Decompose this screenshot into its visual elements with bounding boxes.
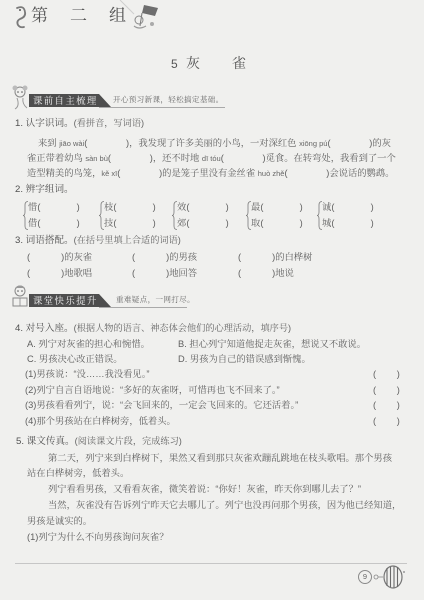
heading-text: 2. 辨字组词。 [15,184,74,195]
ribbon-end-icon [99,294,111,307]
pinyin: kě xī [101,169,117,178]
answer-blank: ( ) [373,385,400,395]
question-heading: 3. 词语搭配。(在括号里填上合适的词语) [15,234,181,246]
char-pair-group: 惜( ) 借( ) [23,201,93,231]
question-heading: 2. 辨字组词。 [15,184,74,196]
banner-tagline: 开心预习新课，轻松搞定基础。 [113,95,224,105]
banner-underline [99,307,187,308]
answer-blank: ( ) [27,252,64,262]
pair-row: 效( ) [177,201,229,213]
option-key: D. [178,354,190,364]
pair-row: 诚( ) [322,201,374,213]
heading-text: 3. 词语搭配。 [15,235,74,246]
answer-blank: ( ) [186,218,228,228]
answer-blank: ( ) [186,202,228,212]
worksheet-page: 第 二 组 5 灰 雀 课前自主梳理 开心预习新课，轻松搞定基础。 1. 认字识… [0,0,424,600]
footer-divider [15,563,407,564]
option-key: B. [178,339,189,349]
banner-tagline: 重难疑点，一网打尽。 [116,295,195,305]
answer-blank: ( ) [113,218,155,228]
pinyin: sàn bù [85,154,108,163]
pinyin: dī tóu [202,154,221,163]
option-text: 列宁对灰雀的担心和惋惜。 [38,339,150,349]
answer-blank: ( ) [238,268,275,278]
quote-item: (4)那个男孩站在白桦树旁，低着头。 [25,415,176,427]
char-pair-group: 效( ) 郊( ) [172,201,242,231]
quote-text: (2)列宁自言自语地说：“多好的灰雀呀，可惜再也飞不回来了。” [25,385,280,395]
answer-blank: ( ) [331,202,373,212]
lesson-number: 5 [171,55,178,73]
line-text: 雀正带着幼鸟 [27,153,85,163]
option-item: D. 男孩为自己的错误感到惭愧。 [178,353,311,365]
passage-line: 列宁看看男孩，又看看灰雀，微笑着说：“你好！灰雀，昨天你到哪儿去了？” [48,483,361,495]
pair-row: 城( ) [322,217,374,229]
char-pair-group: 枝( ) 技( ) [99,201,169,231]
phrase-item: ( )的灰雀 [27,251,92,263]
answer-blank: ( ) [132,268,169,278]
answer-blank: ( ) [373,416,400,426]
pinyin: xiōng pú [299,139,327,148]
option-text: 男孩为自己的错误感到惭愧。 [190,354,311,364]
quote-text: (4)那个男孩站在白桦树旁，低着头。 [25,416,176,426]
phrase-item: ( )地歌唱 [27,267,92,279]
pair-row: 惜( ) [28,201,80,213]
passage-line: 男孩是诚实的。 [27,515,92,527]
option-item: B. 担心列宁知道他捉走灰雀，想说又不敢说。 [178,338,366,350]
pair-char: 效 [177,202,186,212]
group-title-char: 第 [31,6,48,26]
phrase-text: 的灰雀 [64,252,92,262]
pair-char: 惜 [28,202,37,212]
quote-item: (1)男孩说：“没……我没看见。” [25,368,149,380]
phrase-item: ( )地说 [238,267,294,279]
option-text: 男孩决心改正错误。 [39,354,123,364]
option-item: A. 列宁对灰雀的担心和惋惜。 [27,338,150,350]
pair-char: 郊 [177,218,186,228]
sub-question: (1)列宁为什么不向男孩询问灰雀？ [27,531,169,543]
phrase-item: ( )的男孩 [132,251,197,263]
pair-row: 技( ) [104,217,156,229]
answer-blank: ( ) [113,202,155,212]
flower-cartoon-icon [9,84,31,110]
phrase-text: 地歌唱 [64,268,92,278]
instruction-text: (阅读课文片段，完成练习) [75,436,182,446]
lesson-title-char: 雀 [232,54,246,72]
char-pair-group: 诚( ) 城( ) [317,201,387,231]
phrase-text: 地回答 [169,268,197,278]
instruction-text: (在括号里填上合适的词语) [74,235,181,245]
pair-row: 枝( ) [104,201,156,213]
quote-text: (1)男孩说：“没……我没看见。” [25,369,149,379]
phrase-text: 的白桦树 [275,252,312,262]
q1-line: 来到 jiāo wài( )，我发现了许多美丽的小鸟，一对深红色 xiōng p… [38,137,391,149]
line-text: ( )的灰 [327,138,391,148]
line-text: 来到 [38,138,59,148]
q1-line: 雀正带着幼鸟 sàn bù( )，还不时地 dī tóu( )觅食。在转弯处，我… [27,152,396,164]
quote-item: (2)列宁自言自语地说：“多好的灰雀呀，可惜再也飞不回来了。” [25,384,280,396]
line-text: ( )，我发现了许多美丽的小鸟，一对深红色 [84,138,299,148]
pair-char: 枝 [104,202,113,212]
pair-char: 取 [251,218,260,228]
answer-blank: ( ) [331,218,373,228]
pair-row: 最( ) [251,201,303,213]
answer-blank: ( ) [373,400,400,410]
instruction-text: (看拼音，写词语) [74,118,144,128]
pair-char: 诚 [322,202,331,212]
pair-char: 城 [322,218,331,228]
answer-blank: ( ) [238,252,275,262]
pair-char: 借 [28,218,37,228]
char-pair-group: 最( ) 取( ) [246,201,316,231]
pair-row: 借( ) [28,217,80,229]
answer-slot: ( ) [373,384,400,396]
seahorse-icon [11,4,29,30]
phrase-item: ( )地回答 [132,267,197,279]
option-item: C. 男孩决心改正错误。 [27,353,123,365]
line-text: ( )会说话的鹦鹉。 [284,168,394,178]
passage-line: 站在白桦树旁，低着头。 [27,467,129,479]
line-text: ( )的是笼子里没有金丝雀 [117,168,258,178]
pair-char: 技 [104,218,113,228]
lesson-title-char: 灰 [186,54,200,72]
passage-text: 第二天，列宁来到白桦树下，果然又看到那只灰雀欢蹦乱跳地在枝头歌唱。那个男孩 [48,453,392,463]
answer-blank: ( ) [132,252,169,262]
phrase-text: 的男孩 [169,252,197,262]
option-text: 担心列宁知道他捉走灰雀，想说又不敢说。 [189,339,366,349]
pair-row: 郊( ) [177,217,229,229]
question-heading: 4. 对号入座。(根据人物的语言、神态体会他们的心理活动，填序号) [15,322,291,334]
sub-question-text: (1)列宁为什么不向男孩询问灰雀？ [27,532,169,542]
line-text: ( )，还不时地 [108,153,202,163]
answer-blank: ( ) [37,202,79,212]
shell-decoration-icon [372,564,408,592]
page-number: 9 [358,570,372,584]
option-key: A. [27,339,38,349]
passage-text: 站在白桦树旁，低着头。 [27,468,129,478]
heading-text: 5. 课文传真。 [16,436,75,447]
answer-blank: ( ) [260,218,302,228]
pinyin: jiāo wài [59,139,84,148]
answer-blank: ( ) [373,369,400,379]
pair-row: 取( ) [251,217,303,229]
answer-slot: ( ) [373,399,400,411]
quote-text: (3)男孩看看列宁，说：“会飞回来的，一定会飞回来的。它还活着。” [25,400,298,410]
reading-kid-cartoon-icon [9,284,31,310]
instruction-text: (根据人物的语言、神态体会他们的心理活动，填序号) [74,323,291,333]
answer-blank: ( ) [260,202,302,212]
pair-char: 最 [251,202,260,212]
quote-item: (3)男孩看看列宁，说：“会飞回来的，一定会飞回来的。它还活着。” [25,399,298,411]
group-title-char: 二 [70,6,87,26]
question-heading: 1. 认字识词。(看拼音，写词语) [15,117,144,129]
answer-blank: ( ) [27,268,64,278]
ribbon-end-icon [99,94,111,107]
section-banner-preview: 课前自主梳理 [29,94,99,107]
heading-text: 4. 对号入座。 [15,323,74,334]
phrase-item: ( )的白桦树 [238,251,312,263]
heading-text: 1. 认字识词。 [15,118,74,129]
answer-blank: ( ) [37,218,79,228]
passage-text: 列宁看看男孩，又看看灰雀，微笑着说：“你好！灰雀，昨天你到哪儿去了？” [48,484,361,494]
banner-underline [99,107,225,108]
passage-text: 当然，灰雀没有告诉列宁昨天它去哪儿了。列宁也没再问那个男孩，因为他已经知道， [48,500,401,510]
passage-line: 当然，灰雀没有告诉列宁昨天它去哪儿了。列宁也没再问那个男孩，因为他已经知道， [48,499,401,511]
section-banner-classroom: 课堂快乐提升 [29,294,99,307]
answer-slot: ( ) [373,368,400,380]
answer-slot: ( ) [373,415,400,427]
line-text: ( )觅食。在转弯处，我看到了一个 [221,153,396,163]
passage-text: 男孩是诚实的。 [27,516,92,526]
passage-line: 第二天，列宁来到白桦树下，果然又看到那只灰雀欢蹦乱跳地在枝头歌唱。那个男孩 [48,452,392,464]
flag-kid-decoration-icon [118,0,164,32]
question-heading: 5. 课文传真。(阅读课文片段，完成练习) [16,435,182,447]
pinyin: huò zhě [258,169,285,178]
option-key: C. [27,354,39,364]
q1-line: 造型精美的鸟笼，kě xī( )的是笼子里没有金丝雀 huò zhě( )会说话… [27,167,394,179]
line-text: 造型精美的鸟笼， [27,168,101,178]
phrase-text: 地说 [275,268,294,278]
